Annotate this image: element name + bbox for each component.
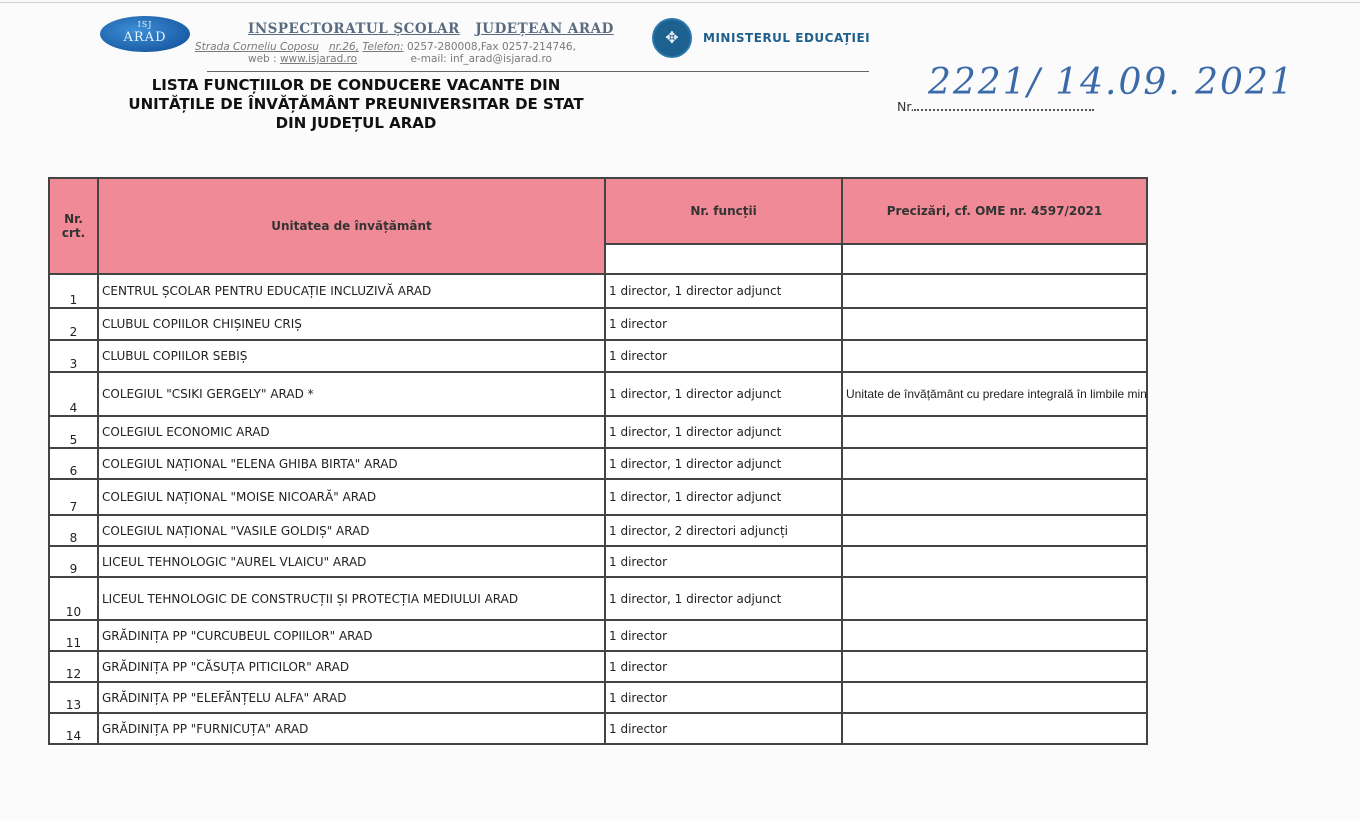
row-note bbox=[842, 479, 1147, 515]
row-note bbox=[842, 651, 1147, 682]
school-unit: GRĂDINIȚA PP "ELEFĂNȚELU ALFA" ARAD bbox=[98, 682, 605, 713]
row-note bbox=[842, 308, 1147, 340]
registration-label: Nr. bbox=[897, 99, 914, 114]
table-row: 2CLUBUL COPIILOR CHIȘINEU CRIȘ1 director bbox=[49, 308, 1147, 340]
registration-number-handwritten: 2221/ 14.09. 2021 bbox=[928, 62, 1295, 103]
phone-fax: 0257-280008,Fax 0257-214746, bbox=[404, 41, 576, 53]
row-note bbox=[842, 546, 1147, 577]
function-count: 1 director bbox=[605, 340, 842, 372]
row-number: 5 bbox=[49, 416, 98, 448]
column-header-functions: Nr. funcții bbox=[605, 178, 842, 244]
row-note bbox=[842, 713, 1147, 744]
registration-dotted-line bbox=[914, 109, 1094, 111]
document-title: LISTA FUNCȚIILOR DE CONDUCERE VACANTE DI… bbox=[118, 76, 594, 133]
romania-crest-icon: ✥ bbox=[652, 18, 692, 58]
row-number: 9 bbox=[49, 546, 98, 577]
row-note bbox=[842, 340, 1147, 372]
web-label: web : bbox=[248, 53, 280, 65]
school-unit: CLUBUL COPIILOR CHIȘINEU CRIȘ bbox=[98, 308, 605, 340]
table-row: 3CLUBUL COPIILOR SEBIȘ1 director bbox=[49, 340, 1147, 372]
header-subrow-notes bbox=[842, 244, 1147, 274]
school-unit: GRĂDINIȚA PP "CURCUBEUL COPIILOR" ARAD bbox=[98, 620, 605, 651]
function-count: 1 director, 1 director adjunct bbox=[605, 416, 842, 448]
row-number: 6 bbox=[49, 448, 98, 479]
table-row: 13GRĂDINIȚA PP "ELEFĂNȚELU ALFA" ARAD1 d… bbox=[49, 682, 1147, 713]
function-count: 1 director bbox=[605, 546, 842, 577]
row-note: Unitate de învățământ cu predare integra… bbox=[842, 372, 1147, 416]
column-header-unit: Unitatea de învățământ bbox=[98, 178, 605, 274]
function-count: 1 director, 1 director adjunct bbox=[605, 274, 842, 308]
row-number: 3 bbox=[49, 340, 98, 372]
school-unit: COLEGIUL "CSIKI GERGELY" ARAD * bbox=[98, 372, 605, 416]
school-unit: COLEGIUL ECONOMIC ARAD bbox=[98, 416, 605, 448]
school-unit: GRĂDINIȚA PP "FURNICUȚA" ARAD bbox=[98, 713, 605, 744]
page-top-border bbox=[0, 2, 1360, 3]
row-note bbox=[842, 682, 1147, 713]
row-number: 14 bbox=[49, 713, 98, 744]
row-note bbox=[842, 515, 1147, 546]
table-row: 5COLEGIUL ECONOMIC ARAD1 director, 1 dir… bbox=[49, 416, 1147, 448]
ministry-name: MINISTERUL EDUCAȚIEI bbox=[703, 31, 870, 45]
school-unit: GRĂDINIȚA PP "CĂSUȚA PITICILOR" ARAD bbox=[98, 651, 605, 682]
row-number: 12 bbox=[49, 651, 98, 682]
institution-name-part1: INSPECTORATUL ȘCOLAR bbox=[248, 21, 460, 37]
logo-line2: ARAD bbox=[100, 31, 190, 44]
school-unit: LICEUL TEHNOLOGIC "AUREL VLAICU" ARAD bbox=[98, 546, 605, 577]
row-note bbox=[842, 448, 1147, 479]
table-row: 11GRĂDINIȚA PP "CURCUBEUL COPIILOR" ARAD… bbox=[49, 620, 1147, 651]
function-count: 1 director bbox=[605, 620, 842, 651]
function-count: 1 director, 1 director adjunct bbox=[605, 448, 842, 479]
school-unit: CLUBUL COPIILOR SEBIȘ bbox=[98, 340, 605, 372]
logo-line1: ISJ bbox=[100, 21, 190, 29]
table-row: 1CENTRUL ȘCOLAR PENTRU EDUCAȚIE INCLUZIV… bbox=[49, 274, 1147, 308]
address-line: Strada Corneliu Coposu nr.26, Telefon: 0… bbox=[195, 41, 576, 53]
contact-line: web : www.isjarad.ro e-mail: inf_arad@is… bbox=[248, 53, 552, 65]
table-row: 12GRĂDINIȚA PP "CĂSUȚA PITICILOR" ARAD1 … bbox=[49, 651, 1147, 682]
row-number: 1 bbox=[49, 274, 98, 308]
school-unit: COLEGIUL NAȚIONAL "VASILE GOLDIȘ" ARAD bbox=[98, 515, 605, 546]
phone-label: Telefon: bbox=[362, 41, 403, 53]
row-note bbox=[842, 620, 1147, 651]
function-count: 1 director, 2 directori adjuncți bbox=[605, 515, 842, 546]
school-unit: LICEUL TEHNOLOGIC DE CONSTRUCȚII ȘI PROT… bbox=[98, 577, 605, 620]
letterhead-divider bbox=[207, 71, 869, 72]
row-number: 4 bbox=[49, 372, 98, 416]
column-header-notes: Precizări, cf. OME nr. 4597/2021 bbox=[842, 178, 1147, 244]
function-count: 1 director bbox=[605, 651, 842, 682]
function-count: 1 director bbox=[605, 682, 842, 713]
function-count: 1 director, 1 director adjunct bbox=[605, 479, 842, 515]
row-number: 8 bbox=[49, 515, 98, 546]
row-number: 13 bbox=[49, 682, 98, 713]
institution-name: INSPECTORATUL ȘCOLAR JUDEȚEAN ARAD bbox=[248, 21, 614, 37]
function-count: 1 director, 1 director adjunct bbox=[605, 372, 842, 416]
row-number: 10 bbox=[49, 577, 98, 620]
web-link[interactable]: www.isjarad.ro bbox=[280, 53, 357, 65]
email-text: e-mail: inf_arad@isjarad.ro bbox=[410, 53, 552, 65]
row-note bbox=[842, 274, 1147, 308]
school-unit: COLEGIUL NAȚIONAL "MOISE NICOARĂ" ARAD bbox=[98, 479, 605, 515]
function-count: 1 director bbox=[605, 713, 842, 744]
function-count: 1 director, 1 director adjunct bbox=[605, 577, 842, 620]
table-row: 8COLEGIUL NAȚIONAL "VASILE GOLDIȘ" ARAD1… bbox=[49, 515, 1147, 546]
table-row: 7COLEGIUL NAȚIONAL "MOISE NICOARĂ" ARAD1… bbox=[49, 479, 1147, 515]
table-row: 6COLEGIUL NAȚIONAL "ELENA GHIBA BIRTA" A… bbox=[49, 448, 1147, 479]
row-number: 7 bbox=[49, 479, 98, 515]
column-header-nr: Nr. crt. bbox=[49, 178, 98, 274]
row-number: 2 bbox=[49, 308, 98, 340]
school-unit: COLEGIUL NAȚIONAL "ELENA GHIBA BIRTA" AR… bbox=[98, 448, 605, 479]
isj-arad-logo: ISJ ARAD bbox=[100, 16, 190, 52]
row-note bbox=[842, 416, 1147, 448]
address-number: nr.26, bbox=[329, 41, 359, 53]
function-count: 1 director bbox=[605, 308, 842, 340]
table-row: 4COLEGIUL "CSIKI GERGELY" ARAD *1 direct… bbox=[49, 372, 1147, 416]
school-unit: CENTRUL ȘCOLAR PENTRU EDUCAȚIE INCLUZIVĂ… bbox=[98, 274, 605, 308]
address-street: Strada Corneliu Coposu bbox=[195, 41, 319, 53]
header-subrow-functions bbox=[605, 244, 842, 274]
table-row: 14GRĂDINIȚA PP "FURNICUȚA" ARAD1 directo… bbox=[49, 713, 1147, 744]
row-number: 11 bbox=[49, 620, 98, 651]
vacant-positions-table: Nr. crt. Unitatea de învățământ Nr. func… bbox=[48, 177, 1148, 745]
table-row: 10LICEUL TEHNOLOGIC DE CONSTRUCȚII ȘI PR… bbox=[49, 577, 1147, 620]
institution-name-part2: JUDEȚEAN ARAD bbox=[475, 21, 613, 37]
row-note bbox=[842, 577, 1147, 620]
table-row: 9LICEUL TEHNOLOGIC "AUREL VLAICU" ARAD1 … bbox=[49, 546, 1147, 577]
